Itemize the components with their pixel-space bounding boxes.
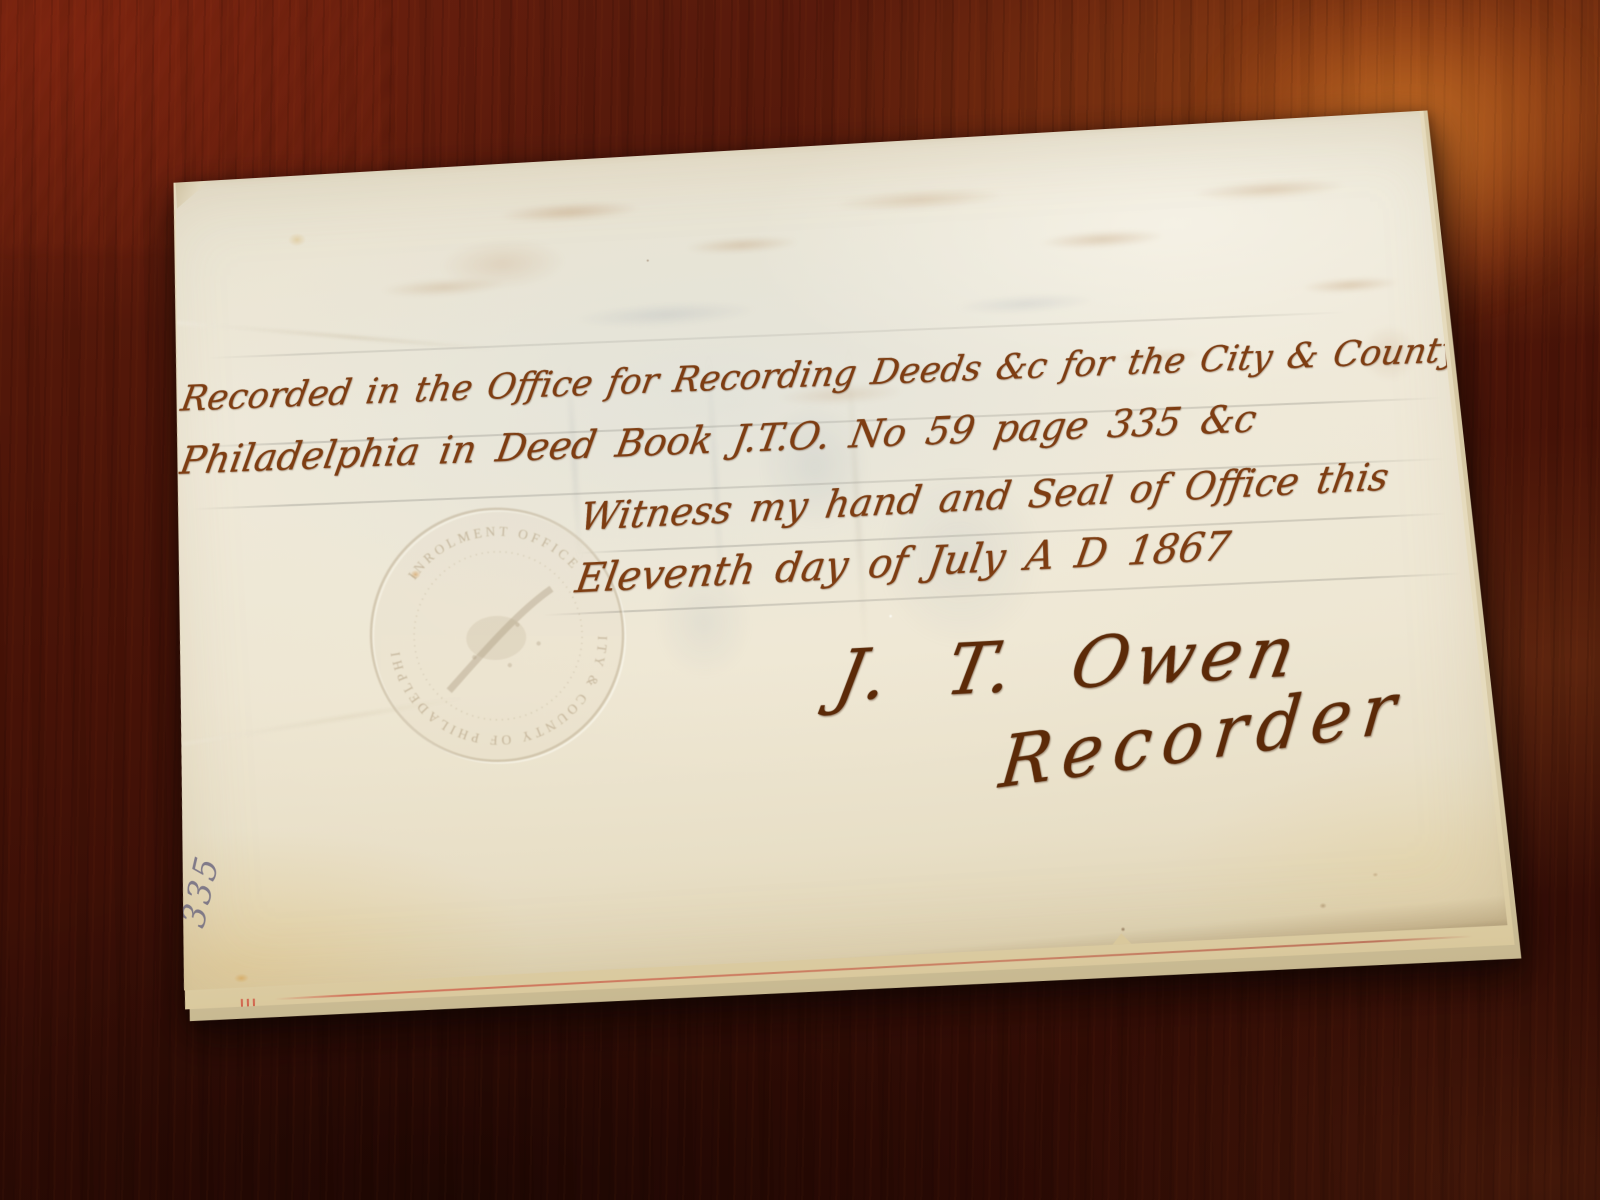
embossed-recorder-seal: INROLMENT OFFICE CITY & COUNTY OF PHILAD… [361, 499, 636, 774]
seal-graphic: INROLMENT OFFICE CITY & COUNTY OF PHILAD… [361, 499, 636, 774]
deed-endorsement-page: INROLMENT OFFICE CITY & COUNTY OF PHILAD… [138, 109, 1508, 1002]
photo-of-deed-document: INROLMENT OFFICE CITY & COUNTY OF PHILAD… [0, 0, 1600, 1200]
document-stack: INROLMENT OFFICE CITY & COUNTY OF PHILAD… [138, 109, 1508, 1002]
